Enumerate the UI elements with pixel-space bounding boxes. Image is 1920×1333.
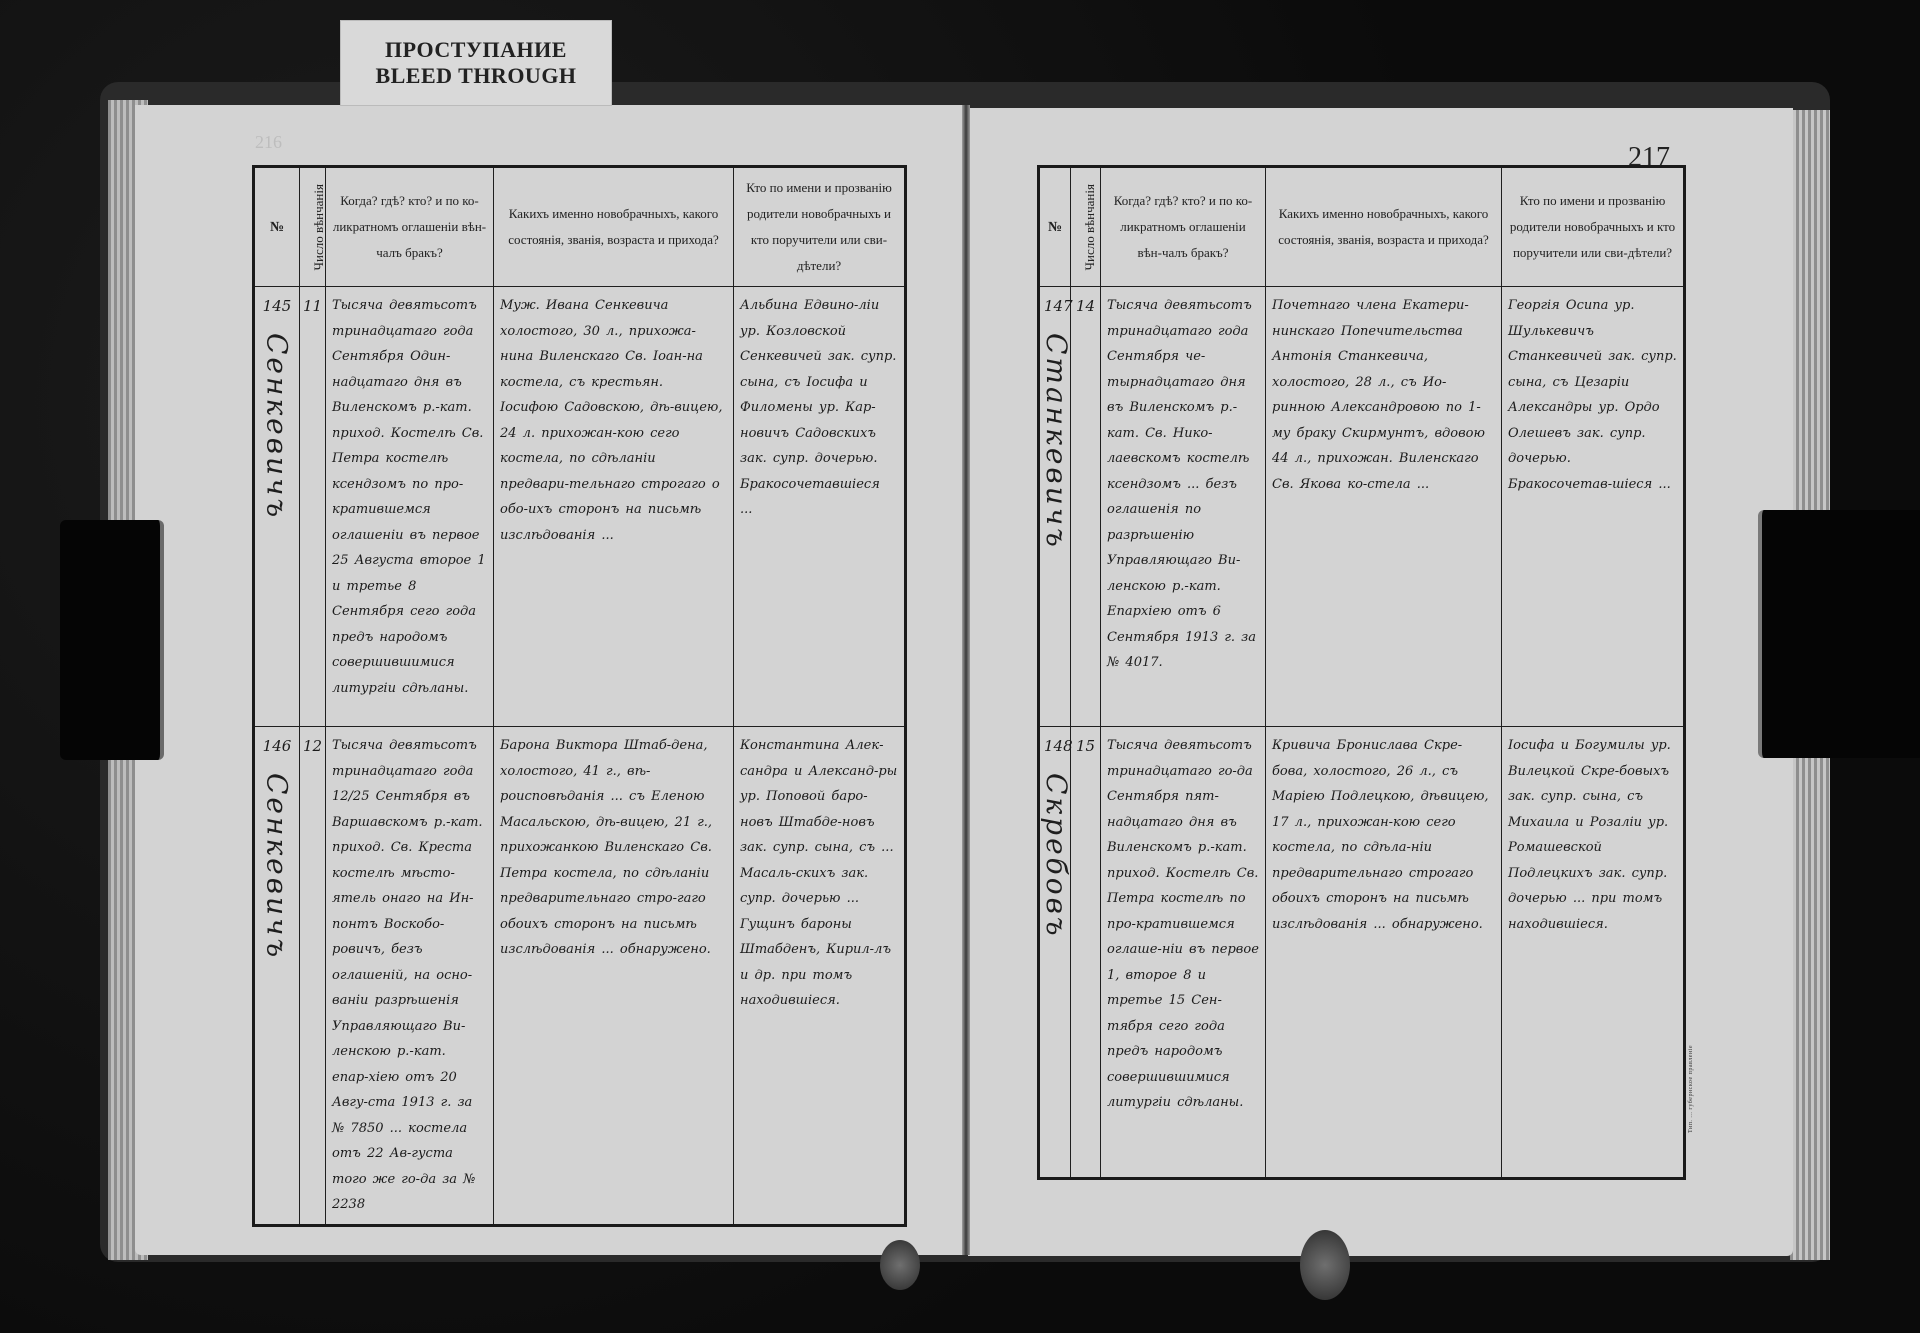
entry-number: 145: [255, 287, 299, 319]
parents-witnesses-cell: Георгія Осипа ур. Шулькевичъ Станкевичей…: [1502, 287, 1685, 727]
wedding-count-cell: 15: [1071, 727, 1101, 1179]
parents-witnesses-cell: Альбина Едвино-ліи ур. Козловской Сенкев…: [734, 287, 906, 727]
table-row: 147 Станкевичъ 14 Тысяча девятьсотъ трин…: [1039, 287, 1685, 727]
couple-cell: Кривича Бронислава Скре-бова, холостого,…: [1266, 727, 1502, 1179]
header-wedding-count: Число вѣнчанія: [1071, 167, 1101, 287]
header-parents-witnesses: Кто по имени и прозванію родители новобр…: [734, 167, 906, 287]
table-row: 146 Сенкевичъ 12 Тысяча девятьсотъ трина…: [254, 727, 906, 1226]
header-row: № Число вѣнчанія Когда? гдѣ? кто? и по к…: [254, 167, 906, 287]
header-parents-witnesses: Кто по имени и прозванію родители новобр…: [1502, 167, 1685, 287]
wedding-count-cell: 14: [1071, 287, 1101, 727]
header-row: № Число вѣнчанія Когда? гдѣ? кто? и по к…: [1039, 167, 1685, 287]
register-table-left: № Число вѣнчанія Когда? гдѣ? кто? и по к…: [252, 165, 907, 1227]
parents-witnesses-cell: Іосифа и Богумилы ур. Вилецкой Скре-бовы…: [1502, 727, 1685, 1179]
wedding-count-cell: 12: [300, 727, 326, 1226]
entry-number-cell: 148 Скребовъ: [1039, 727, 1071, 1179]
entry-surname: Сенкевичъ: [261, 333, 294, 520]
table-row: 145 Сенкевичъ 11 Тысяча девятьсотъ трина…: [254, 287, 906, 727]
register-table-right: № Число вѣнчанія Когда? гдѣ? кто? и по к…: [1037, 165, 1686, 1180]
entry-number-cell: 145 Сенкевичъ: [254, 287, 300, 727]
printer-colophon: Тип. ... губернское правленіе: [1688, 1045, 1694, 1133]
header-when-where: Когда? гдѣ? кто? и по ко-ликратномъ огла…: [326, 167, 494, 287]
right-page-clip: [1758, 510, 1920, 758]
finger-shadow: [880, 1240, 920, 1290]
entry-number: 146: [255, 727, 299, 759]
header-number: №: [254, 167, 300, 287]
entry-surname: Скребовъ: [1040, 773, 1073, 939]
entry-surname: Станкевичъ: [1040, 333, 1073, 550]
book-gutter: [962, 105, 970, 1255]
entry-number: 147: [1040, 287, 1070, 319]
entry-surname: Сенкевичъ: [261, 773, 294, 960]
entry-number: 148: [1040, 727, 1070, 759]
label-line-en: BLEED THROUGH: [375, 63, 576, 89]
table-row: 148 Скребовъ 15 Тысяча девятьсотъ тринад…: [1039, 727, 1685, 1179]
left-page-number-ghost: 216: [255, 132, 282, 153]
header-couple: Какихъ именно новобрачныхъ, какого состо…: [494, 167, 734, 287]
when-where-cell: Тысяча девятьсотъ тринадцатаго го-да Сен…: [1101, 727, 1266, 1179]
couple-cell: Муж. Ивана Сенкевича холостого, 30 л., п…: [494, 287, 734, 727]
parents-witnesses-cell: Константина Алек-сандра и Александ-ры ур…: [734, 727, 906, 1226]
entry-number-cell: 146 Сенкевичъ: [254, 727, 300, 1226]
finger-shadow: [1300, 1230, 1350, 1300]
entry-number-cell: 147 Станкевичъ: [1039, 287, 1071, 727]
header-when-where: Когда? гдѣ? кто? и по ко-ликратномъ огла…: [1101, 167, 1266, 287]
couple-cell: Барона Виктора Штаб-дена, холостого, 41 …: [494, 727, 734, 1226]
left-page-clip: [60, 520, 164, 760]
when-where-cell: Тысяча девятьсотъ тринадцатаго года 12/2…: [326, 727, 494, 1226]
header-couple: Какихъ именно новобрачныхъ, какого состо…: [1266, 167, 1502, 287]
header-number: №: [1039, 167, 1071, 287]
when-where-cell: Тысяча девятьсотъ тринадцатаго года Сент…: [326, 287, 494, 727]
bleed-through-label: ПРОСТУПАНИЕ BLEED THROUGH: [340, 20, 612, 106]
label-line-ru: ПРОСТУПАНИЕ: [385, 37, 567, 63]
wedding-count-cell: 11: [300, 287, 326, 727]
couple-cell: Почетнаго члена Екатери-нинскаго Попечит…: [1266, 287, 1502, 727]
header-wedding-count: Число вѣнчанія: [300, 167, 326, 287]
when-where-cell: Тысяча девятьсотъ тринадцатаго года Сент…: [1101, 287, 1266, 727]
